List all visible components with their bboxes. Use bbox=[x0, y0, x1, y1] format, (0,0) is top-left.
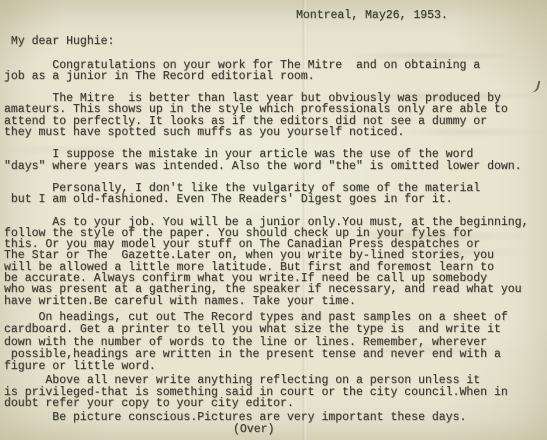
letter-page: Montreal, May26, 1953. My dear Hughie: C… bbox=[0, 0, 547, 440]
letter-line: Be picture conscious.Pictures are very i… bbox=[4, 412, 547, 423]
letter-line: they must have spotted such muffs as you… bbox=[4, 127, 547, 138]
paragraph-vulgarity: Personally, I don't like the vulgarity o… bbox=[4, 183, 547, 206]
dateline: Montreal, May26, 1953. bbox=[296, 10, 547, 21]
letter-line: who was present at a gathering, the spea… bbox=[4, 284, 547, 295]
over-note: (Over) bbox=[233, 424, 547, 435]
paragraph-your-job: As to your job. You will be a junior onl… bbox=[4, 217, 547, 307]
paragraph-headings: On headings, cut out The Record types an… bbox=[4, 312, 547, 373]
letter-line: cardboard. Get a printer to tell you wha… bbox=[4, 324, 547, 336]
letter-line: but I am old-fashioned. Even The Readers… bbox=[4, 194, 547, 205]
letter-line: down with the number of words to the lin… bbox=[4, 337, 547, 349]
salutation: My dear Hughie: bbox=[4, 36, 547, 47]
paragraph-mistake: I suppose the mistake in your article wa… bbox=[4, 149, 547, 172]
paragraph-pictures: Be picture conscious.Pictures are very i… bbox=[4, 412, 547, 423]
paragraph-privilege: Above all never write anything reflectin… bbox=[4, 375, 547, 409]
letter-line: "days" where years was intended. Also th… bbox=[4, 161, 547, 172]
letter-body: Montreal, May26, 1953. My dear Hughie: C… bbox=[0, 0, 547, 440]
paragraph-the-mitre: The Mitre is better than last year but o… bbox=[4, 93, 547, 138]
letter-line: figure or little word. bbox=[4, 361, 547, 373]
letter-line: job as a junior in The Record editorial … bbox=[4, 71, 547, 82]
letter-line: I suppose the mistake in your article wa… bbox=[4, 149, 547, 160]
letter-line: have written.Be careful with names. Take… bbox=[4, 296, 547, 307]
letter-line: doubt refer your copy to your city edito… bbox=[4, 398, 547, 409]
paragraph-congratulations: Congratulations on your work for The Mit… bbox=[4, 60, 547, 83]
